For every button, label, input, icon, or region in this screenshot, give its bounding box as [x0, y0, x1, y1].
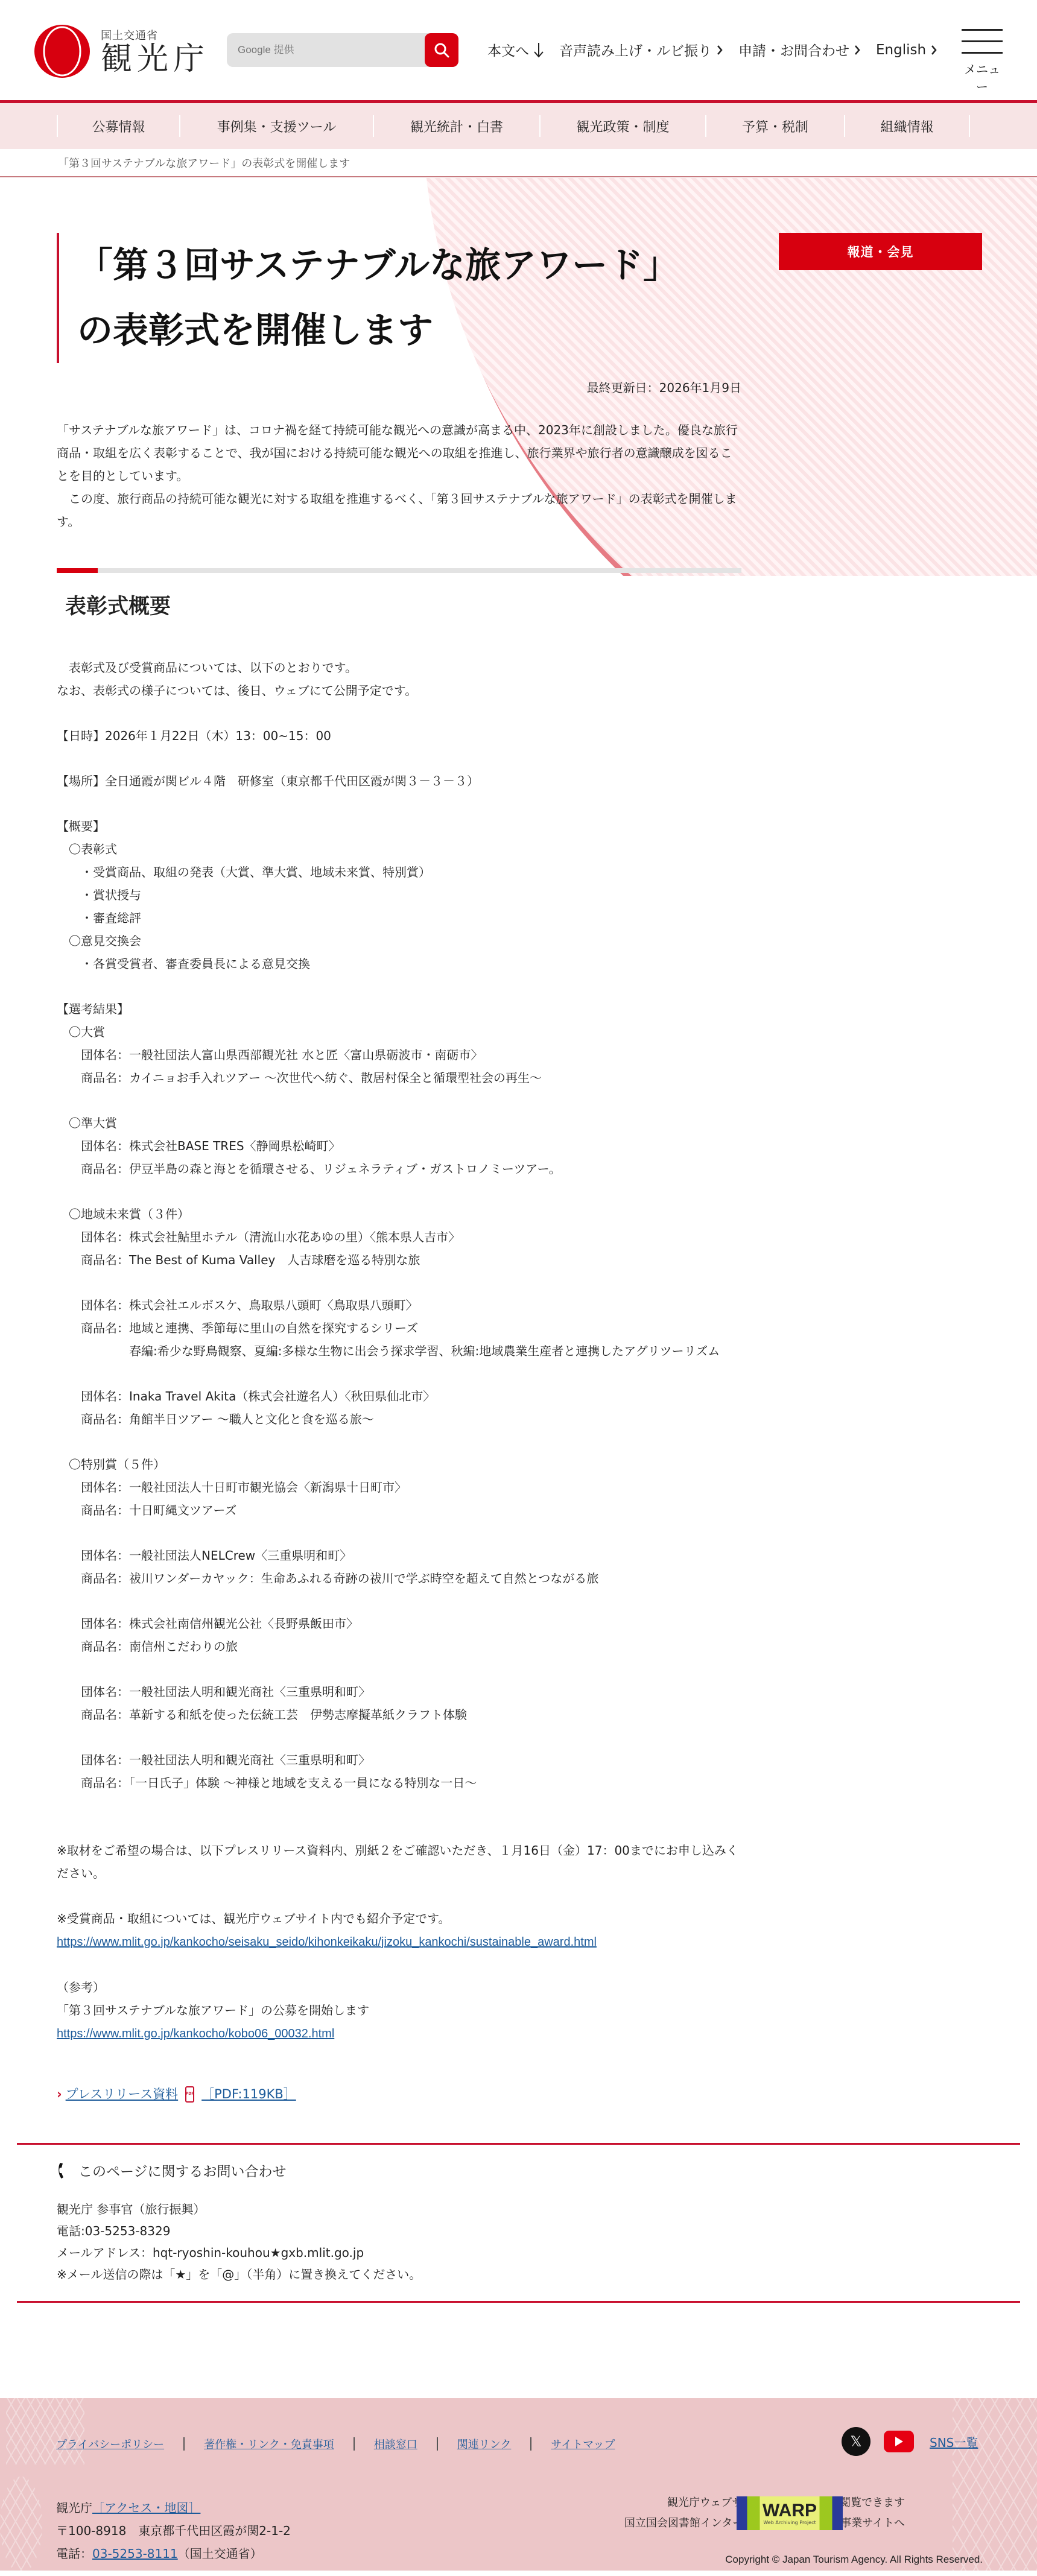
chevron-right-icon	[931, 45, 937, 55]
body-text: 表彰式及び受賞商品については、以下のとおりです。なお、表彰式の様子については、後…	[57, 656, 741, 1930]
body-line: 商品名：十日町縄文ツアーズ	[57, 1499, 741, 1522]
chevron-right-icon	[854, 45, 860, 55]
nav-policy[interactable]: 観光政策・制度	[539, 115, 705, 137]
body-line	[57, 1726, 741, 1748]
body-line: 〇表彰式	[57, 838, 741, 861]
sitemap-link[interactable]: サイトマップ	[551, 2436, 615, 2452]
chevron-right-icon: ›	[57, 2083, 62, 2106]
body-line: 団体名：一般社団法人明和観光商社〈三重県明和町〉	[57, 1680, 741, 1703]
search-icon	[433, 42, 450, 59]
sns-list-link[interactable]: SNS一覧	[930, 2433, 978, 2451]
footer-pattern	[0, 2476, 42, 2571]
body-line: 〇地域未来賞（３件）	[57, 1203, 741, 1226]
body-line	[57, 1271, 741, 1294]
contact-department: 観光庁 参事官（旅行振興）	[57, 2198, 980, 2220]
nav-koubo[interactable]: 公募情報	[57, 115, 179, 137]
nav-organization[interactable]: 組織情報	[844, 115, 970, 137]
hamburger-icon	[962, 29, 1003, 31]
breadcrumb-current: 「第３回サステナブルな旅アワード」の表彰式を開催します	[58, 155, 350, 171]
reference-label: （参考）	[57, 1976, 741, 1999]
footer-links: プライバシーポリシー 著作権・リンク・免責事項 相談窓口 関連リンク サイトマッ…	[56, 2436, 615, 2452]
body-line	[57, 1885, 741, 1907]
arrow-down-icon	[534, 42, 544, 58]
body-line: ・賞状授与	[57, 884, 741, 907]
attachment-row: › プレスリリース資料 PDF ［PDF:119KB］	[57, 2083, 741, 2106]
global-nav: 公募情報 事例集・支援ツール 観光統計・白書 観光政策・制度 予算・税制 組織情…	[0, 100, 1037, 149]
body-line	[57, 1590, 741, 1612]
footer-pattern	[6, 2398, 84, 2464]
footer-pattern	[953, 2398, 1037, 2571]
body-line: 〇大賞	[57, 1021, 741, 1043]
body-line: 商品名：カイニョお手入れツアー ～次世代へ紡ぐ、散居村保全と循環型社会の再生～	[57, 1066, 741, 1089]
chevron-right-icon	[717, 45, 723, 55]
consultation-link[interactable]: 相談窓口	[374, 2436, 417, 2452]
reference-title: 「第３回サステナブルな旅アワード」の公募を開始します	[57, 1999, 741, 2022]
body-line: 商品名：祓川ワンダーカヤック：生命あふれる奇跡の祓川で学ぶ時空を超えて自然とつな…	[57, 1567, 741, 1590]
press-release-link[interactable]: プレスリリース資料	[66, 2083, 178, 2106]
search-input[interactable]	[238, 33, 419, 67]
body-line: 【概要】	[57, 815, 741, 838]
menu-label: メニュー	[962, 60, 1003, 95]
privacy-policy-link[interactable]: プライバシーポリシー	[56, 2436, 164, 2452]
pdf-icon: PDF	[185, 2086, 194, 2103]
site-header: 国土交通省 観光庁 本文へ 音声読み上げ・ルビ振り 申請・お問合わせ Engli…	[0, 0, 1037, 100]
logo-mark-icon	[33, 24, 91, 78]
body-line: 商品名：角館半日ツアー ～職人と文化と食を巡る旅～	[57, 1408, 741, 1431]
body-line: 団体名：一般社団法人明和観光商社〈三重県明和町〉	[57, 1748, 741, 1771]
body-line: 表彰式及び受賞商品については、以下のとおりです。	[57, 656, 741, 679]
body-line: 〇特別賞（５件）	[57, 1453, 741, 1476]
intro-text: 「サステナブルな旅アワード」は、コロナ禍を経て持続可能な観光への意識が高まる中、…	[57, 419, 741, 533]
body-line: 商品名：「一日氏子」体験 ～神様と地域を支える一員になる特別な一日～	[57, 1771, 741, 1794]
body-line: ※取材をご希望の場合は、以下プレスリリース資料内、別紙２をご確認いただき、１月1…	[57, 1839, 741, 1885]
nav-statistics[interactable]: 観光統計・白書	[373, 115, 539, 137]
body-line: 〇意見交換会	[57, 929, 741, 952]
section-heading: 表彰式概要	[65, 593, 741, 620]
body-line	[57, 793, 741, 815]
main-content: 「第３回サステナブルな旅アワード」 の表彰式を開催します 報道・会見 最終更新日…	[0, 177, 1037, 2303]
body-line: 団体名：株式会社鮎里ホテル（清流山水花あゆの里）〈熊本県人吉市〉	[57, 1226, 741, 1248]
body-line	[57, 702, 741, 724]
body-line: 【場所】全日通霞が関ビル４階 研修室（東京都千代田区霞が関３－３－３）	[57, 770, 741, 793]
page-title: 「第３回サステナブルな旅アワード」 の表彰式を開催します	[57, 233, 720, 363]
search-button[interactable]	[425, 33, 458, 67]
read-aloud-link[interactable]: 音声読み上げ・ルビ振り	[559, 40, 723, 60]
body-line: 商品名：The Best of Kuma Valley 人吉球磨を巡る特別な旅	[57, 1248, 741, 1271]
body-line: 商品名：地域と連携、季節毎に里山の自然を探究するシリーズ	[57, 1317, 741, 1340]
body-line: 商品名：革新する和紙を使った伝統工芸 伊勢志摩擬革紙クラフト体験	[57, 1703, 741, 1726]
pdf-size-link[interactable]: ［PDF:119KB］	[201, 2083, 296, 2106]
body-line: 【選考結果】	[57, 998, 741, 1021]
contact-section: このページに関するお問い合わせ 観光庁 参事官（旅行振興） 電話:03-5253…	[17, 2143, 1020, 2303]
access-map-link[interactable]: ［アクセス・地図］	[92, 2501, 200, 2515]
body-line	[57, 1431, 741, 1453]
nav-budget[interactable]: 予算・税制	[705, 115, 844, 137]
body-line: 団体名：株式会社BASE TRES〈静岡県松崎町〉	[57, 1135, 741, 1157]
search-box	[227, 33, 458, 67]
copyright: Copyright © Japan Tourism Agency. All Ri…	[725, 2554, 983, 2566]
warp-description[interactable]: 観光庁ウェブサイトの過去の情報を閲覧できます 国立国会図書館インターネット資料収…	[543, 2493, 905, 2534]
body-line: 団体名：株式会社エルボスケ、鳥取県八頭町〈鳥取県八頭町〉	[57, 1294, 741, 1317]
site-footer: プライバシーポリシー 著作権・リンク・免責事項 相談窓口 関連リンク サイトマッ…	[0, 2398, 1037, 2571]
x-icon[interactable]: 𝕏	[842, 2427, 871, 2456]
body-line	[57, 1794, 741, 1817]
contact-link[interactable]: 申請・お問合わせ	[738, 40, 860, 60]
phone-icon	[57, 2162, 70, 2180]
body-line: ・各賞受賞者、審査委員長による意見交換	[57, 952, 741, 975]
skip-to-content-link[interactable]: 本文へ	[487, 40, 544, 60]
body-line: 団体名：一般社団法人NELCrew〈三重県明和町〉	[57, 1544, 741, 1567]
body-line: 団体名：Inaka Travel Akita（株式会社遊名人）〈秋田県仙北市〉	[57, 1385, 741, 1408]
youtube-icon[interactable]	[884, 2431, 914, 2452]
warp-logo[interactable]: WARP Web Archiving Project	[737, 2496, 843, 2530]
body-line: 団体名：一般社団法人十日町市観光協会〈新潟県十日町市〉	[57, 1476, 741, 1499]
nav-jireishu[interactable]: 事例集・支援ツール	[179, 115, 373, 137]
body-line	[57, 1817, 741, 1839]
body-line	[57, 1180, 741, 1203]
section-divider	[57, 568, 741, 573]
contact-phone: 電話:03-5253-8329	[57, 2220, 980, 2242]
body-line: 〇準大賞	[57, 1112, 741, 1135]
body-line: 春編:希少な野鳥観察、夏編:多様な生物に出会う探求学習、秋編:地域農業生産者と連…	[57, 1340, 741, 1362]
body-line	[57, 747, 741, 770]
body-line: 商品名：伊豆半島の森と海とを循環させる、リジェネラティブ・ガストロノミーツアー。	[57, 1157, 741, 1180]
body-line: ・審査総評	[57, 907, 741, 929]
body-line: 【日時】2026年１月22日（木）13：00~15：00	[57, 724, 741, 747]
logo-agency: 観光庁	[101, 43, 209, 75]
body-line	[57, 1089, 741, 1112]
body-line	[57, 975, 741, 998]
copyright-link[interactable]: 著作権・リンク・免責事項	[204, 2436, 334, 2452]
body-line: ・受賞商品、取組の発表（大賞、準大賞、地域未来賞、特別賞）	[57, 861, 741, 884]
menu-button[interactable]: メニュー	[962, 29, 1003, 95]
body-line	[57, 1658, 741, 1680]
contact-email-note: ※メール送信の際は「★」を「@」（半角）に置き換えてください。	[57, 2264, 980, 2285]
kobo-page-link[interactable]: https://www.mlit.go.jp/kankocho/kobo06_0…	[57, 2027, 334, 2040]
body-line: ※受賞商品・取組については、観光庁ウェブサイト内でも紹介予定です。	[57, 1907, 741, 1930]
award-page-link[interactable]: https://www.mlit.go.jp/kankocho/seisaku_…	[57, 1935, 597, 1949]
body-line	[57, 1362, 741, 1385]
body-line: なお、表彰式の様子については、後日、ウェブにて公開予定です。	[57, 679, 741, 702]
category-button[interactable]: 報道・会見	[779, 233, 982, 270]
contact-email: メールアドレス：hqt-ryoshin-kouhou★gxb.mlit.go.j…	[57, 2242, 980, 2264]
sns-links: 𝕏 SNS一覧	[842, 2427, 978, 2456]
body-line: 団体名：株式会社南信州観光公社〈長野県飯田市〉	[57, 1612, 741, 1635]
footer-address: 観光庁［アクセス・地図］ 〒100-8918 東京都千代田区霞が関2-1-2 電…	[56, 2496, 291, 2565]
utility-nav: 本文へ 音声読み上げ・ルビ振り 申請・お問合わせ English	[487, 40, 937, 60]
english-link[interactable]: English	[876, 40, 937, 60]
footer-phone-link[interactable]: 03-5253-8111	[92, 2546, 178, 2561]
site-logo[interactable]: 国土交通省 観光庁	[33, 24, 209, 78]
breadcrumb: 「第３回サステナブルな旅アワード」の表彰式を開催します	[0, 149, 1037, 177]
body-line: 商品名：南信州こだわりの旅	[57, 1635, 741, 1658]
body-line	[57, 1522, 741, 1544]
body-line: 団体名：一般社団法人富山県西部観光社 水と匠〈富山県砺波市・南砺市〉	[57, 1043, 741, 1066]
related-links-link[interactable]: 関連リンク	[457, 2436, 512, 2452]
